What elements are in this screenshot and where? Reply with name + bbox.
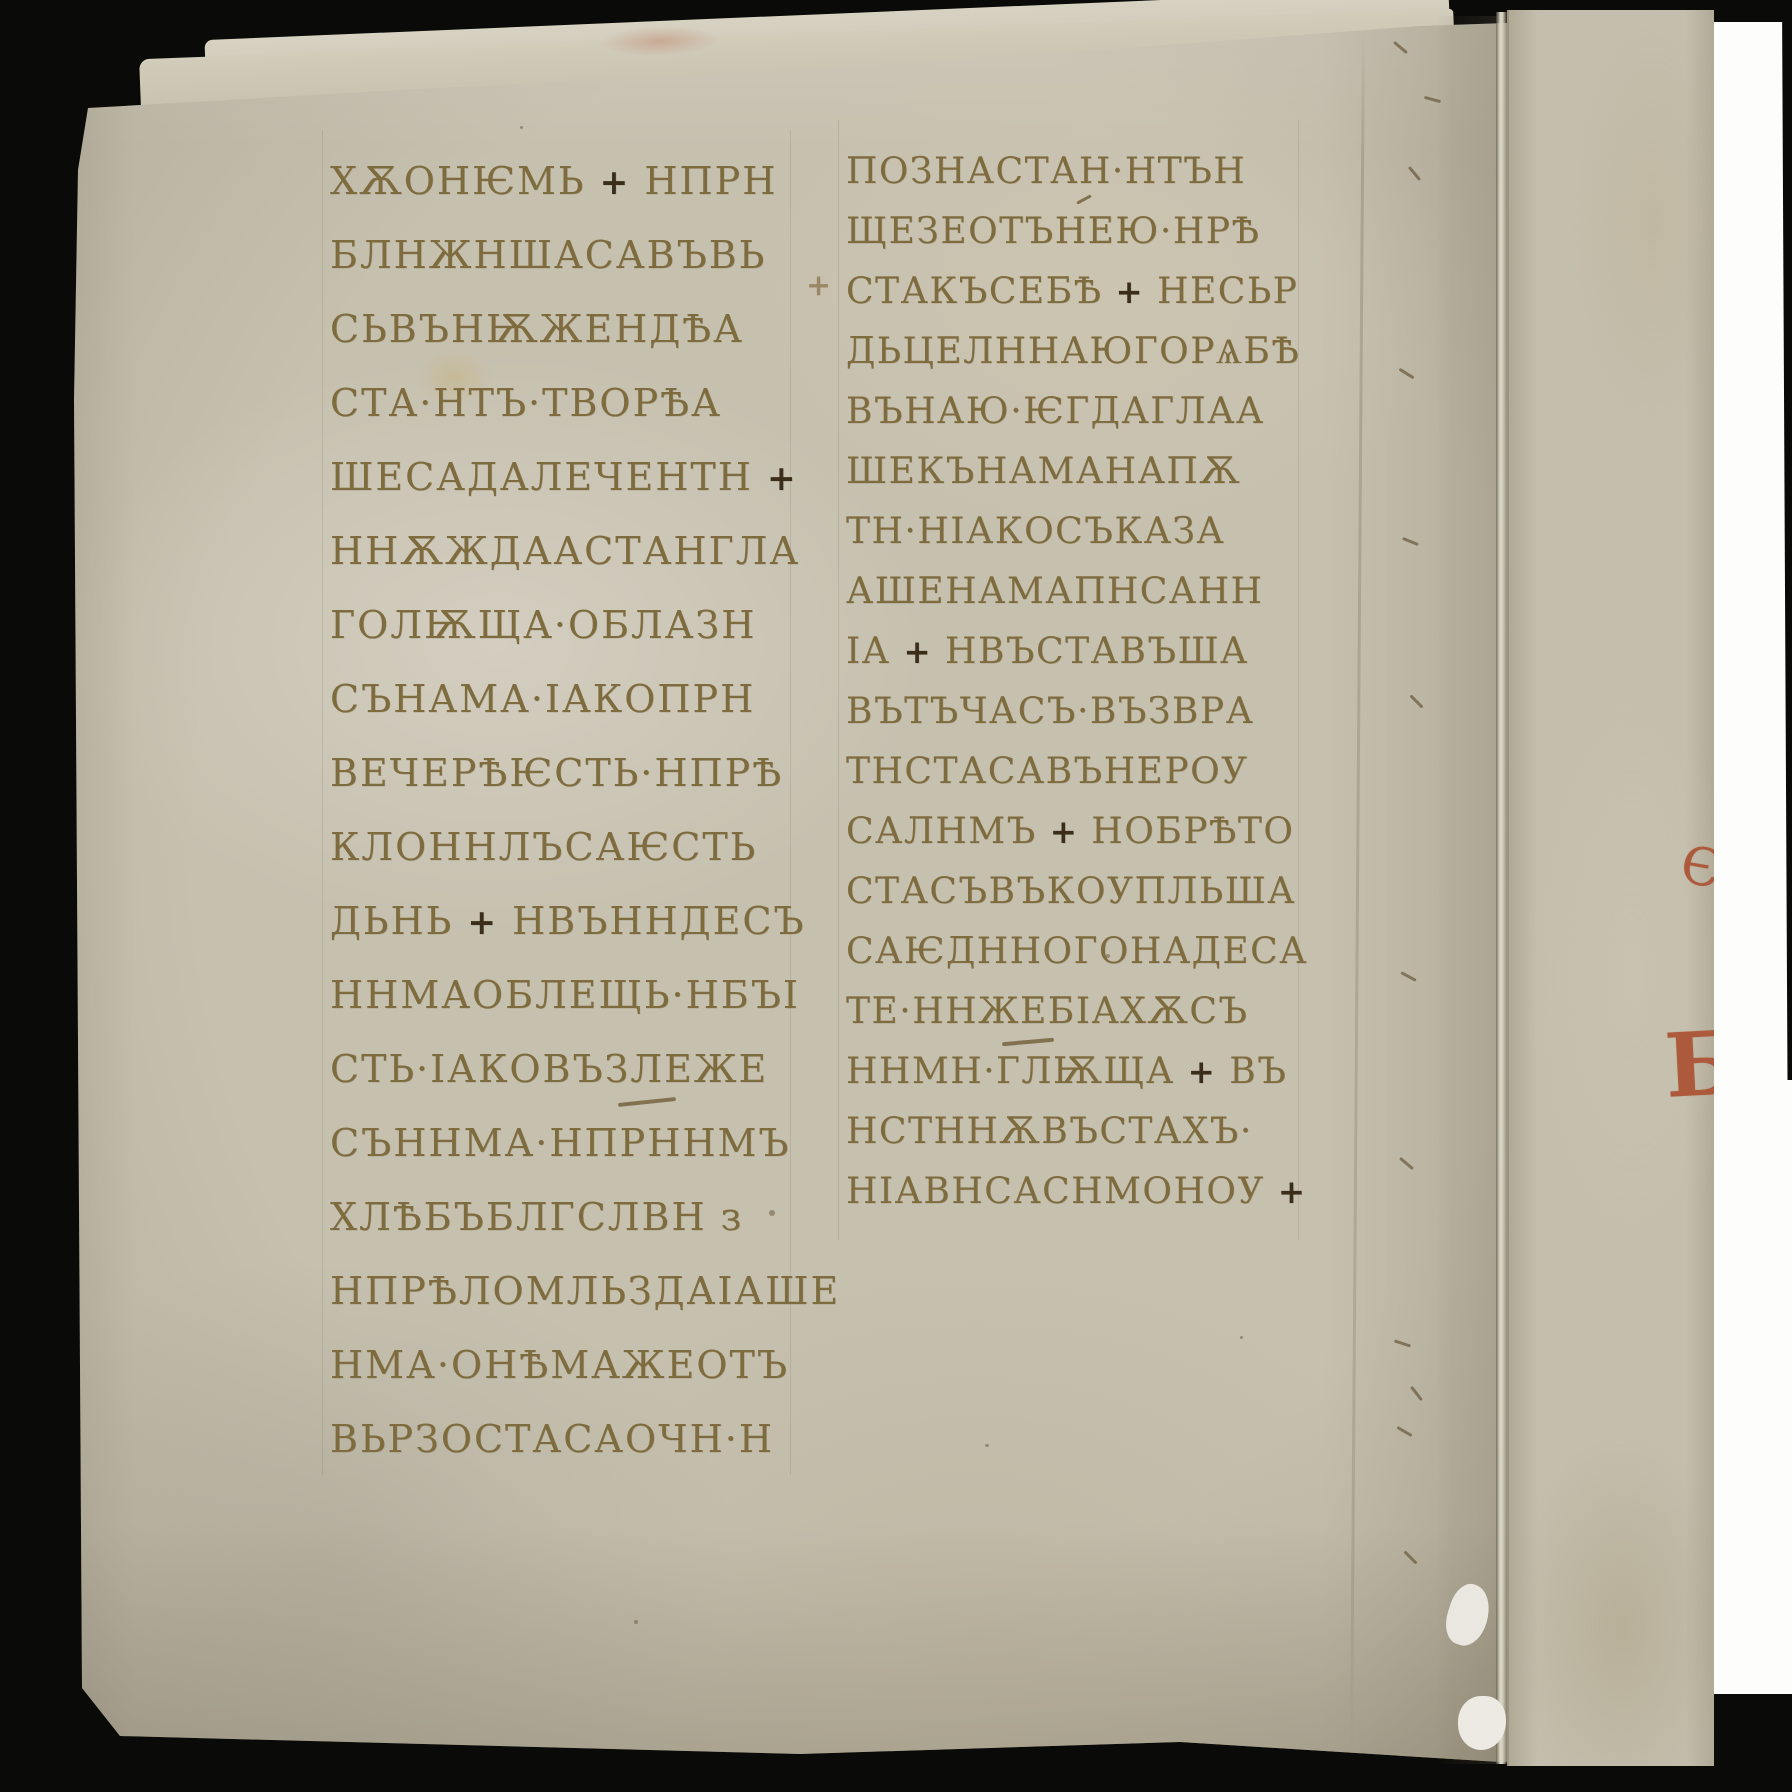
ink-speck: [520, 126, 523, 129]
cross-mark: +: [1050, 813, 1079, 851]
manuscript-text-line: ТНСТАСАВЪНЕРОУ: [846, 742, 1308, 802]
manuscript-text-line: ПОЗНАСТАН·НТЪН: [846, 142, 1308, 202]
red-initial-lower: Б: [1662, 1010, 1714, 1118]
fold-highlight: [1496, 12, 1507, 1764]
next-folio-edge: Є Б: [1507, 10, 1714, 1766]
manuscript-text-line: ВЪНАЮ·ѤГДАГЛАА: [846, 382, 1308, 442]
manuscript-text-line: ДЬНЬ + НВЪННДЕСЪ: [330, 884, 840, 958]
cross-mark: +: [1115, 273, 1144, 311]
red-initial-upper: Є: [1676, 835, 1714, 901]
manuscript-text-line: СЪННМА·НПРННМЪ: [330, 1106, 840, 1180]
cross-mark: +: [600, 163, 631, 203]
ink-speck: [985, 1444, 989, 1447]
manuscript-text-line: ХЛѢБЪБЛГСЛВН з: [330, 1180, 840, 1254]
manuscript-text-line: ЩЕЗЕОТЪНЕЮ·НРѢ: [846, 202, 1308, 262]
cross-mark: +: [467, 903, 498, 943]
ink-speck: [1240, 1336, 1243, 1339]
manuscript-text-line: ННѪЖДААСТАНГЛА: [330, 514, 840, 588]
margin-cross-mark: +: [806, 268, 831, 303]
manuscript-text-line: ТЕ·ННЖЕБІАХѪСЪ: [846, 982, 1308, 1042]
manuscript-text-line: ННМН·ГЛѬЩА + ВЪ: [846, 1042, 1308, 1102]
manuscript-text-line: БЛНЖНШАСАВЪВЬ: [330, 218, 840, 292]
manuscript-text-line: ШЕКЪНАМАНАПѪ: [846, 442, 1308, 502]
ink-speck: [634, 1620, 638, 1624]
manuscript-text-line: НПРѢЛОМЛЬЗДАІАШЕ: [330, 1254, 840, 1328]
manuscript-text-line: СТЬ·ІАКОВЪЗЛЕЖЕ: [330, 1032, 840, 1106]
manuscript-text-line: НСТННѪВЪСТАХЪ·: [846, 1102, 1308, 1162]
text-column-right: ПОЗНАСТАН·НТЪНЩЕЗЕОТЪНЕЮ·НРѢСТАКЪСЕБѢ + …: [846, 142, 1308, 1222]
cross-mark: +: [767, 459, 798, 499]
manuscript-text-line: ВЕЧЕРѢѤСТЬ·НПРѢ: [330, 736, 840, 810]
manuscript-text-line: ВЬРЗОСТАСАОЧН·Н: [330, 1402, 840, 1476]
manuscript-text-line: САѤДННОГОНАДЕСА: [846, 922, 1308, 982]
manuscript-text-line: СТАСЪВЪКОУПЛЬША: [846, 862, 1308, 922]
manuscript-text-line: ГОЛѬЩА·ОБЛАЗН: [330, 588, 840, 662]
manuscript-text-line: САЛНМЪ + НОБРѢТО: [846, 802, 1308, 862]
manuscript-text-line: НІАВНСАСНМОНОУ +: [846, 1162, 1308, 1222]
ruling-line: [322, 130, 323, 1475]
cross-mark: +: [903, 633, 932, 671]
manuscript-text-line: АШЕНАМАПНСАНН: [846, 562, 1308, 622]
cross-mark: +: [1188, 1053, 1217, 1091]
manuscript-text-line: ТН·НІАКОСЪКАЗА: [846, 502, 1308, 562]
text-column-left: ХѪОНѤМЬ + НПРНБЛНЖНШАСАВЪВЬСЬВЪНѬЖЕНДѢАС…: [330, 144, 840, 1476]
manuscript-text-line: ННМАОБЛЕЩЬ·НБЪІ: [330, 958, 840, 1032]
cross-mark: +: [1278, 1173, 1307, 1211]
manuscript-text-line: КЛОННЛЪСАѤСТЬ: [330, 810, 840, 884]
manuscript-text-line: ВЪТЪЧАСЪ·ВЪЗВРА: [846, 682, 1308, 742]
manuscript-text-line: СТАКЪСЕБѢ + НЕСЬР: [846, 262, 1308, 322]
manuscript-text-line: ІА + НВЪСТАВЪША: [846, 622, 1308, 682]
manuscript-text-line: СЬВЪНѬЖЕНДѢА: [330, 292, 840, 366]
manuscript-text-line: ХѪОНѤМЬ + НПРН: [330, 144, 840, 218]
fold-shadow: [1436, 16, 1498, 1764]
manuscript-text-line: НМА·ОНѢМАЖЕОТЪ: [330, 1328, 840, 1402]
manuscript-text-line: СЪНАМА·ІАКОПРН: [330, 662, 840, 736]
manuscript-text-line: ДЬЦЕЛННАЮГОРѦБѢ: [846, 322, 1308, 382]
manuscript-photo: { "columns": { "left": { "lines": [ "ХѪО…: [0, 0, 1792, 1792]
manuscript-text-line: СТА·НТЪ·ТВОРѢА: [330, 366, 840, 440]
manuscript-text-line: ШЕСАДАЛЕЧЕНТН +: [330, 440, 840, 514]
